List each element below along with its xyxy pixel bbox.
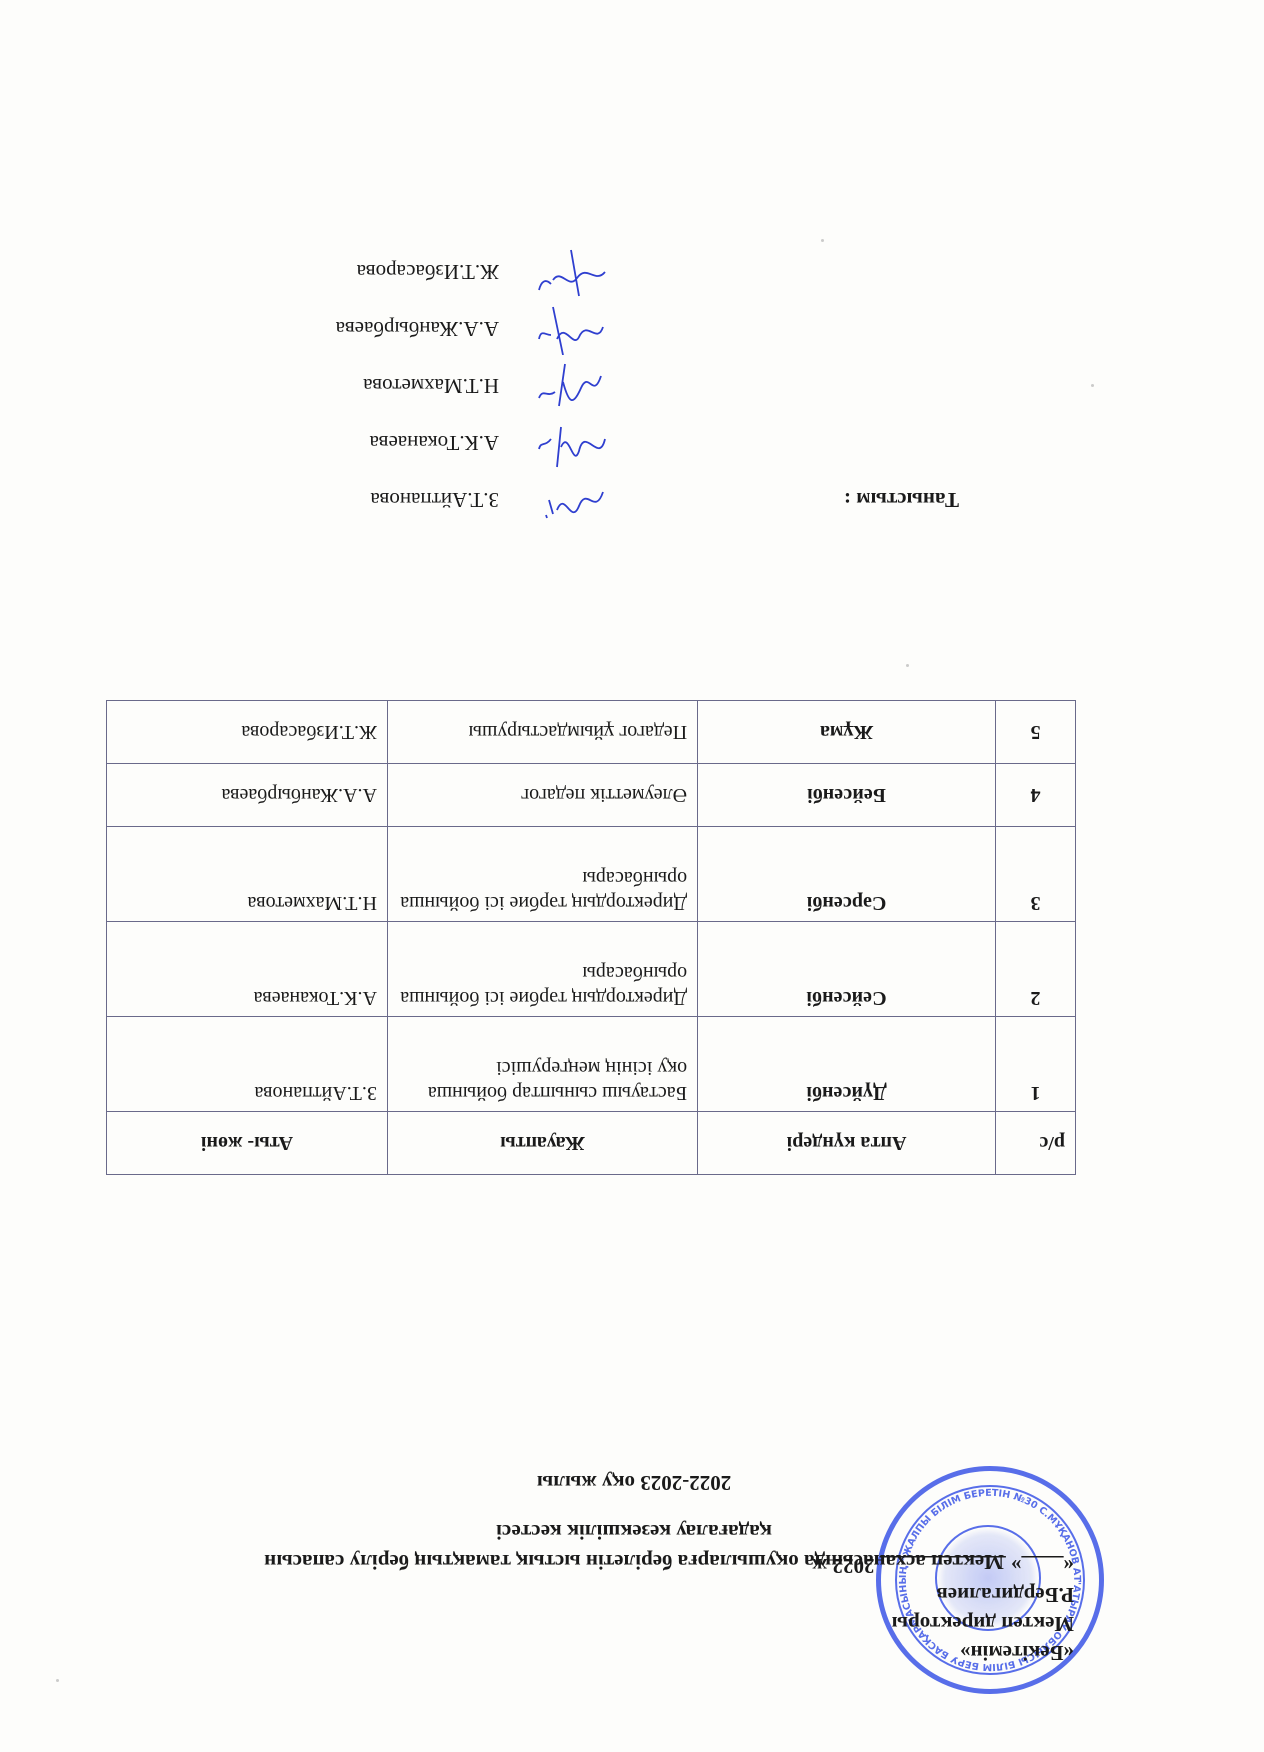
approval-role: Мектеп директоры — [774, 1609, 1074, 1638]
document-page: "АТЫРАУ ОБЛЫСЫ БІЛІМ БЕРУ БАСҚАРМАСЫНЫҢ … — [0, 0, 1264, 1752]
row-position: Әлеуметтік педагог — [387, 764, 697, 827]
handwritten-signature — [537, 476, 609, 526]
table-row: 4 Бейсенбі Әлеуметтік педагог А.А.Жанбыр… — [107, 764, 1076, 827]
row-weekday: Сейсенбі — [698, 922, 996, 1017]
scan-speck — [1091, 384, 1094, 387]
header-weekday: Апта күндері — [698, 1112, 996, 1175]
header-number: р/с — [996, 1112, 1076, 1175]
approval-heading: «Бекітемін» — [774, 1638, 1074, 1667]
row-number: 5 — [996, 701, 1076, 764]
handwritten-signature — [537, 305, 609, 355]
handwritten-signature — [537, 248, 609, 298]
signatory-name: Ж.Т.Избасарова — [357, 259, 499, 284]
table-row: 5 Жұма Педагог ұйымдастырушы Ж.Т.Избасар… — [107, 701, 1076, 764]
acknowledgement-label: Таныстым : — [844, 487, 959, 512]
header-responsible: Жауапты — [387, 1112, 697, 1175]
row-number: 1 — [996, 1017, 1076, 1112]
signatory-name: З.Т.Айтпанова — [370, 487, 499, 512]
header-full-name: Аты- жөні — [107, 1112, 388, 1175]
document-title: Мектеп асханасында оқушыларға берілетін … — [134, 1517, 1134, 1577]
academic-year: 2022-2023 оқу жылы — [134, 1470, 1134, 1495]
row-position: Директордың тәрбие ісі бойынша орынбасар… — [387, 827, 697, 922]
row-position: Бастауыш сыныптар бойынша оқу ісінің мең… — [387, 1017, 697, 1112]
title-line-1: Мектеп асханасында оқушыларға берілетін … — [134, 1547, 1134, 1577]
duty-schedule-table: р/с Апта күндері Жауапты Аты- жөні 1 Дүй… — [106, 700, 1076, 1175]
row-name: Ж.Т.Избасарова — [107, 701, 388, 764]
table-row: 2 Сейсенбі Директордың тәрбие ісі бойынш… — [107, 922, 1076, 1017]
table-row: 3 Сәрсенбі Директордың тәрбие ісі бойынш… — [107, 827, 1076, 922]
title-line-2: қадағалау кезекшілік кестесі — [134, 1517, 1134, 1547]
table-header-row: р/с Апта күндері Жауапты Аты- жөні — [107, 1112, 1076, 1175]
row-number: 2 — [996, 922, 1076, 1017]
row-weekday: Сәрсенбі — [698, 827, 996, 922]
row-weekday: Жұма — [698, 701, 996, 764]
approval-name: Р.Бердигалиев — [774, 1580, 1074, 1609]
signatory-name: Н.Т.Махметова — [363, 373, 499, 398]
handwritten-signature — [537, 362, 609, 412]
row-position: Директордың тәрбие ісі бойынша орынбасар… — [387, 922, 697, 1017]
scan-speck — [821, 239, 824, 242]
row-name: А.А.Жанбырбаева — [107, 764, 388, 827]
row-weekday: Дүйсенбі — [698, 1017, 996, 1112]
row-name: Н.Т.Махметова — [107, 827, 388, 922]
row-number: 3 — [996, 827, 1076, 922]
table-row: 1 Дүйсенбі Бастауыш сыныптар бойынша оқу… — [107, 1017, 1076, 1112]
row-position: Педагог ұйымдастырушы — [387, 701, 697, 764]
row-name: А.К.Токанаева — [107, 922, 388, 1017]
handwritten-signature — [537, 419, 609, 469]
signatory-name: А.К.Токанаева — [370, 430, 499, 455]
signatory-name: А.А.Жанбырбаева — [336, 316, 499, 341]
scan-speck — [906, 664, 909, 667]
row-weekday: Бейсенбі — [698, 764, 996, 827]
scan-speck — [56, 1679, 59, 1682]
row-name: З.Т.Айтпанова — [107, 1017, 388, 1112]
row-number: 4 — [996, 764, 1076, 827]
